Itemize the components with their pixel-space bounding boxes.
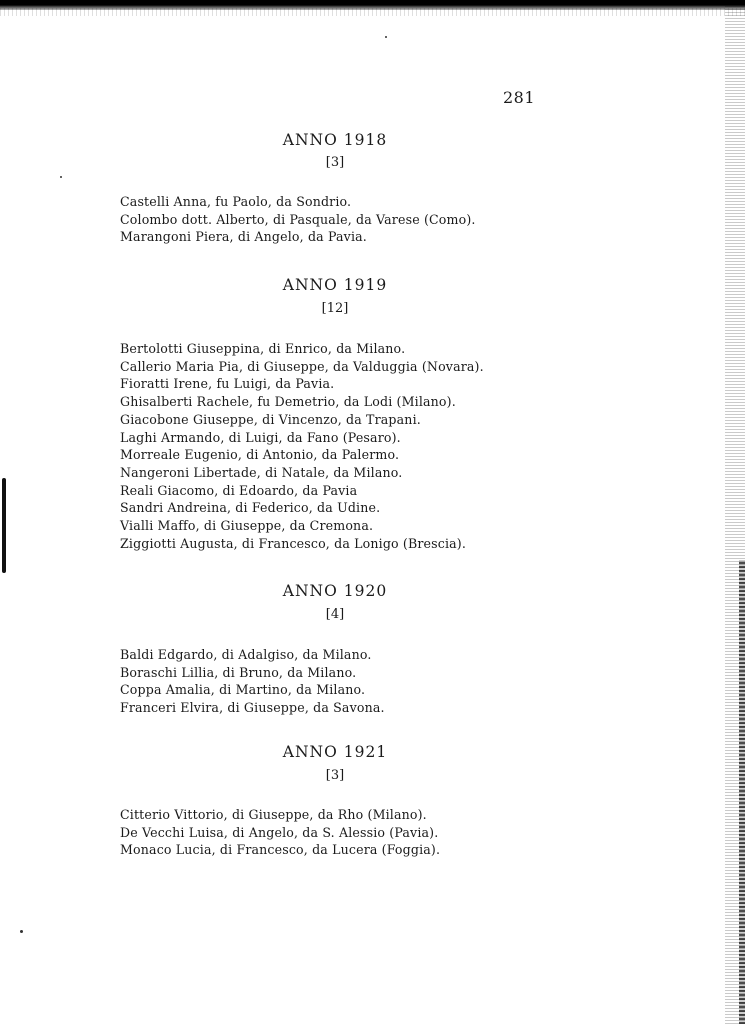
scan-top-noise xyxy=(0,8,745,16)
list-item: Franceri Elvira, di Giuseppe, da Savona. xyxy=(120,699,385,717)
list-item: Vialli Maffo, di Giuseppe, da Cremona. xyxy=(120,517,484,535)
list-item: Coppa Amalia, di Martino, da Milano. xyxy=(120,681,385,699)
list-item: Marangoni Piera, di Angelo, da Pavia. xyxy=(120,228,476,246)
list-item: Ghisalberti Rachele, fu Demetrio, da Lod… xyxy=(120,393,484,411)
list-item: Morreale Eugenio, di Antonio, da Palermo… xyxy=(120,446,484,464)
scan-right-binding-shadow xyxy=(739,560,745,1024)
entry-list-1921: Citterio Vittorio, di Giuseppe, da Rho (… xyxy=(120,806,440,859)
list-item: Sandri Andreina, di Federico, da Udine. xyxy=(120,499,484,517)
list-item: Nangeroni Libertade, di Natale, da Milan… xyxy=(120,464,484,482)
list-item: Monaco Lucia, di Francesco, da Lucera (F… xyxy=(120,841,440,859)
list-item: Castelli Anna, fu Paolo, da Sondrio. xyxy=(120,193,476,211)
scan-left-mark xyxy=(2,478,6,573)
section-count-1920: [4] xyxy=(0,607,670,622)
section-title-1918: ANNO 1918 xyxy=(0,131,670,149)
section-count-1921: [3] xyxy=(0,768,670,783)
entry-list-1918: Castelli Anna, fu Paolo, da Sondrio. Col… xyxy=(120,193,476,246)
scan-speck xyxy=(60,176,62,178)
scan-speck xyxy=(385,36,387,38)
list-item: Baldi Edgardo, di Adalgiso, da Milano. xyxy=(120,646,385,664)
page-number: 281 xyxy=(503,88,535,107)
section-title-1920: ANNO 1920 xyxy=(0,582,670,600)
section-count-1918: [3] xyxy=(0,155,670,170)
section-title-1919: ANNO 1919 xyxy=(0,276,670,294)
entry-list-1919: Bertolotti Giuseppina, di Enrico, da Mil… xyxy=(120,340,484,552)
list-item: De Vecchi Luisa, di Angelo, da S. Alessi… xyxy=(120,824,440,842)
list-item: Fioratti Irene, fu Luigi, da Pavia. xyxy=(120,375,484,393)
list-item: Callerio Maria Pia, di Giuseppe, da Vald… xyxy=(120,358,484,376)
list-item: Ziggiotti Augusta, di Francesco, da Loni… xyxy=(120,535,484,553)
list-item: Giacobone Giuseppe, di Vincenzo, da Trap… xyxy=(120,411,484,429)
list-item: Boraschi Lillia, di Bruno, da Milano. xyxy=(120,664,385,682)
list-item: Bertolotti Giuseppina, di Enrico, da Mil… xyxy=(120,340,484,358)
list-item: Citterio Vittorio, di Giuseppe, da Rho (… xyxy=(120,806,440,824)
section-count-1919: [12] xyxy=(0,301,670,316)
list-item: Reali Giacomo, di Edoardo, da Pavia xyxy=(120,482,484,500)
list-item: Laghi Armando, di Luigi, da Fano (Pesaro… xyxy=(120,429,484,447)
section-title-1921: ANNO 1921 xyxy=(0,743,670,761)
list-item: Colombo dott. Alberto, di Pasquale, da V… xyxy=(120,211,476,229)
entry-list-1920: Baldi Edgardo, di Adalgiso, da Milano. B… xyxy=(120,646,385,717)
scan-speck xyxy=(20,930,23,933)
